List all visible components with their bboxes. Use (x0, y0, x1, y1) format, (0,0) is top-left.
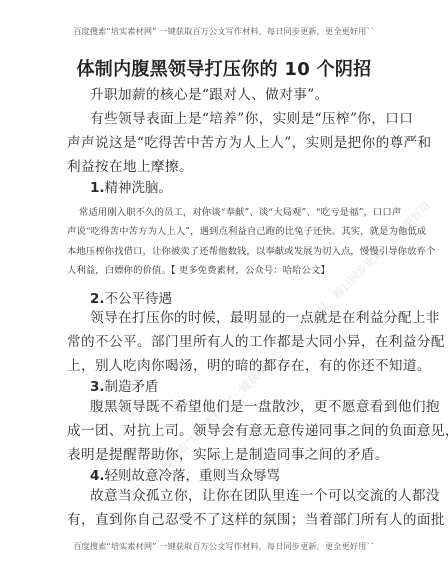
text-line: 有，直到你自己忍受不了这样的氛围；当着部门所有人的面批 (67, 508, 387, 532)
section-1-paragraph: 常适用刚入职不久的员工，对你谈“奉献”、谈“大局观”、“吃亏是福”，口口声 声说… (67, 203, 387, 280)
text-line: 声说“吃得苦中苦方为人上人”，遇到点利益自己跑的比兔子还快。其实，就是为他低成 (67, 222, 387, 241)
section-heading-3: 3.制造矛盾 (90, 375, 159, 395)
section-heading-1: 1.精神洗脑。 (90, 176, 172, 196)
text-line: 本地压榨你找借口，让你被卖了还帮他数钱，以奉献或发展为切入点，慢慢引导你放弃个 (67, 242, 387, 261)
text-line: 声声说这是“吃得苦中苦方为人上人”，实则是把你的尊严和 (67, 131, 387, 155)
section-heading-2: 2.不公平待遇 (90, 287, 172, 307)
section-heading-text: 精神洗脑。 (105, 180, 173, 196)
section-2-paragraph: 领导在打压你的时候，最明显的一点就是在利益分配上非 常的不公平。部门里所有人的工… (67, 306, 387, 378)
section-3-paragraph: 腹黑领导既不希望他们是一盘散沙，更不愿意看到他们抱 成一团、对抗上司。领导会有意… (67, 395, 387, 467)
document-page: 百度搜索“培实素材网” 一键获取百万公文写作材料，每日同步更新，更全更好用`` … (0, 0, 448, 580)
text-line: 常适用刚入职不久的员工，对你谈“奉献”、谈“大局观”、“吃亏是福”，口口声 (67, 203, 387, 222)
text-line: 腹黑领导既不希望他们是一盘散沙，更不愿意看到他们抱 (67, 395, 387, 419)
section-heading-text: 制造矛盾 (105, 379, 159, 395)
intro-line: 升职加薪的核心是“跟对人、做对事”。 (67, 83, 387, 107)
text-line: 人利益，白嫖你的价值。【 更多免费素材，公众号：哈哈公文】 (67, 261, 387, 280)
section-number: 1. (90, 180, 105, 196)
section-heading-text: 不公平待遇 (105, 291, 173, 307)
section-heading-text: 轻则故意冷落，重则当众辱骂 (105, 468, 281, 484)
document-title: 体制内腹黑领导打压你的 10 个阴招 (0, 55, 448, 81)
section-number: 2. (90, 291, 105, 307)
footer-banner: 百度搜索“培实素材网” 一键获取百万公文写作材料，每日同步更新，更全更好用`` (0, 541, 448, 552)
intro-paragraph: 有些领导表面上是“培养”你，实则是“压榨”你，口口 声声说这是“吃得苦中苦方为人… (67, 107, 387, 179)
text-line: 故意当众孤立你，让你在团队里连一个可以交流的人都没 (67, 484, 387, 508)
section-heading-4: 4.轻则故意冷落，重则当众辱骂 (90, 464, 280, 484)
text-line: 有些领导表面上是“培养”你，实则是“压榨”你，口口 (67, 107, 387, 131)
section-number: 3. (90, 379, 105, 395)
section-number: 4. (90, 468, 105, 484)
header-banner: 百度搜索“培实素材网” 一键获取百万公文写作材料，每日同步更新，更全更好用`` (0, 26, 448, 37)
text-line: 常的不公平。部门里所有人的工作都是大同小异，在利益分配 (67, 330, 387, 354)
section-4-paragraph: 故意当众孤立你，让你在团队里连一个可以交流的人都没 有，直到你自己忍受不了这样的… (67, 484, 387, 532)
text-line: 领导在打压你的时候，最明显的一点就是在利益分配上非 (67, 306, 387, 330)
text-line: 成一团、对抗上司。领导会有意无意传递同事之间的负面意见， (67, 419, 387, 443)
text-line: 升职加薪的核心是“跟对人、做对事”。 (67, 83, 387, 107)
